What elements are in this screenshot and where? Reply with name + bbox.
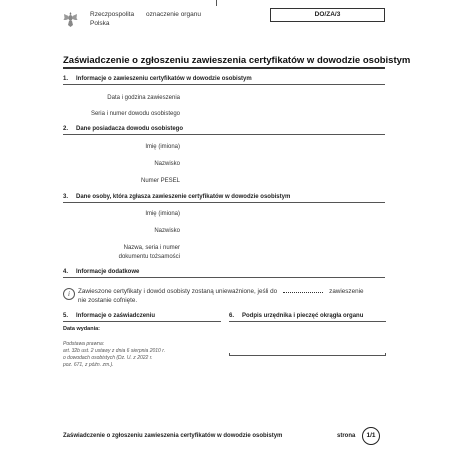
legal-basis-line: art. 32b ust. 2 ustawy z dnia 6 sierpnia… <box>63 348 165 355</box>
field-label-holder-pesel: Numer PESEL <box>141 178 180 184</box>
field-label-suspension-datetime: Data i godzina zawieszenia <box>107 95 180 101</box>
section-5-heading: 5.Informacje o zaświadczeniu <box>63 313 155 319</box>
section-4-heading: 4.Informacje dodatkowe <box>63 269 139 275</box>
info-text-start: Zawieszone certyfikaty i dowód osobisty … <box>78 288 277 295</box>
document-title: Zaświadczenie o zgłoszeniu zawieszenia c… <box>63 55 410 66</box>
authority-label: oznaczenie organu <box>146 11 201 18</box>
footer-title: Zaświadczenie o zgłoszeniu zawieszenia c… <box>63 433 282 439</box>
section-6-line <box>229 321 386 322</box>
form-code-box: DO/ZA/3 <box>270 8 385 22</box>
field-label-holder-first-name: Imię (imiona) <box>145 144 180 150</box>
field-label-id-series-number: Seria i numer dowodu osobistego <box>91 111 180 117</box>
field-label-reporter-document-line1: Nazwa, seria i numer <box>124 245 180 251</box>
signature-area <box>229 353 386 356</box>
issue-date-label: Data wydania: <box>63 326 100 332</box>
page-label: strona <box>337 433 355 439</box>
legal-basis-line: o dowodach osobistych (Dz. U. z 2022 r. <box>63 355 165 362</box>
issuer-line-2: Polska <box>90 20 110 27</box>
field-label-reporter-document-line2: dokumentu tożsamości <box>119 254 180 260</box>
section-number: 4. <box>63 269 76 275</box>
legal-basis-line: Podstawa prawna: <box>63 341 165 348</box>
section-1-line <box>63 84 385 85</box>
section-5-line <box>63 321 221 322</box>
section-title: Informacje dodatkowe <box>76 269 139 275</box>
top-tick-mark <box>216 0 217 6</box>
issuer-line-1: Rzeczpospolita <box>90 11 134 18</box>
legal-basis-line: poz. 671, z późn. zm.). <box>63 362 165 369</box>
section-title: Informacje o zaświadczeniu <box>76 313 155 319</box>
title-underline <box>63 67 385 69</box>
section-2-heading: 2.Dane posiadacza dowodu osobistego <box>63 126 183 132</box>
section-1-heading: 1.Informacje o zawieszeniu certyfikatów … <box>63 76 252 82</box>
additional-info-text: Zawieszone certyfikaty i dowód osobisty … <box>78 288 363 305</box>
section-number: 5. <box>63 313 76 319</box>
info-text-line2: nie zostanie cofnięte. <box>78 297 137 304</box>
section-number: 1. <box>63 76 76 82</box>
section-title: Dane posiadacza dowodu osobistego <box>76 126 183 132</box>
field-label-holder-surname: Nazwisko <box>154 161 180 167</box>
section-3-line <box>63 202 385 203</box>
legal-basis: Podstawa prawna: art. 32b ust. 2 ustawy … <box>63 341 165 369</box>
section-2-line <box>63 134 385 135</box>
info-icon: i <box>63 288 75 300</box>
section-3-heading: 3.Dane osoby, która zgłasza zawieszenie … <box>63 194 290 200</box>
info-text-end: zawieszenie <box>329 288 363 295</box>
deadline-blank <box>283 292 323 293</box>
section-number: 3. <box>63 194 76 200</box>
polish-eagle-emblem-icon <box>63 11 78 28</box>
section-number: 2. <box>63 126 76 132</box>
field-label-reporter-first-name: Imię (imiona) <box>145 211 180 217</box>
page-number-badge: 1/1 <box>362 427 380 445</box>
section-title: Informacje o zawieszeniu certyfikatów w … <box>76 76 252 82</box>
field-label-reporter-surname: Nazwisko <box>154 228 180 234</box>
section-4-line <box>63 277 385 278</box>
section-6-heading: 6.Podpis urzędnika i pieczęć okrągła org… <box>229 313 363 319</box>
section-number: 6. <box>229 313 242 319</box>
section-title: Dane osoby, która zgłasza zawieszenie ce… <box>76 194 290 200</box>
section-title: Podpis urzędnika i pieczęć okrągła organ… <box>242 313 363 319</box>
